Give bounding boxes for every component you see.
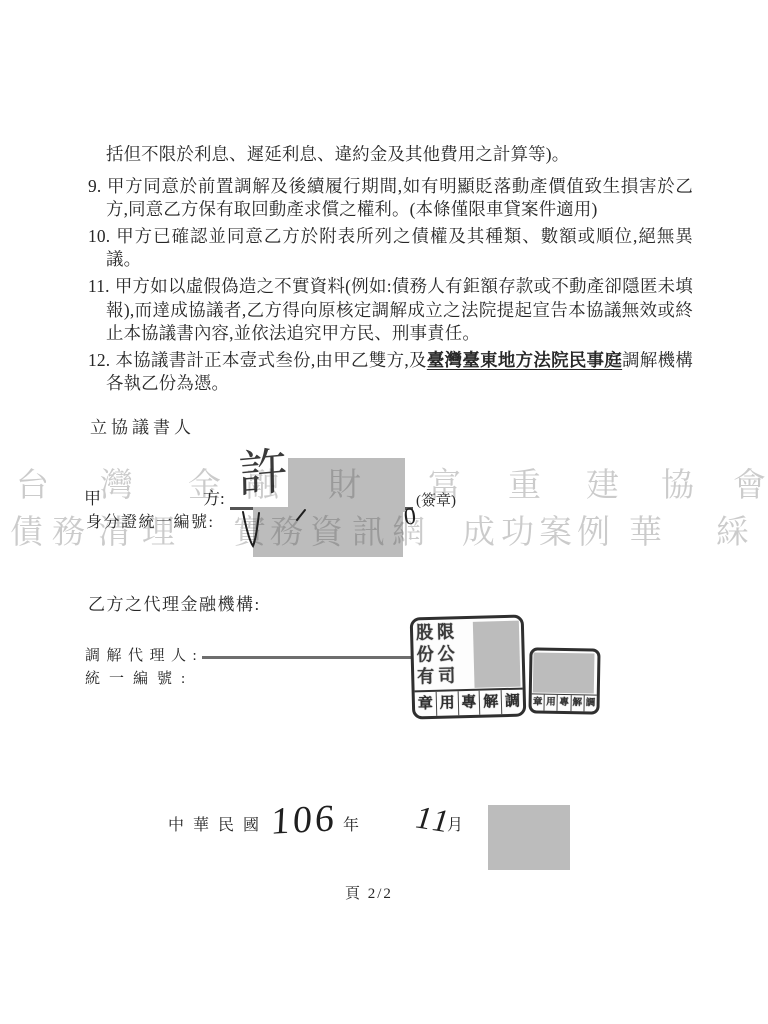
seal-cell: 解 — [571, 695, 584, 711]
seal-cell: 用 — [436, 691, 458, 716]
signing-party-heading: 立協議書人 — [90, 413, 195, 438]
watermark-char: 重 — [508, 459, 541, 506]
mediation-agent-label: 調解代理人: — [85, 644, 203, 665]
seal-glyph: 股 — [416, 621, 434, 645]
handwritten-check-stroke — [239, 509, 263, 555]
watermark-char: 灣 — [100, 459, 133, 506]
seal-cell: 專 — [558, 695, 571, 711]
seal-note: (簽章) — [416, 489, 456, 510]
underlined-court-name: 臺灣臺東地方法院民事庭 — [427, 350, 622, 370]
watermark-char: 台 — [16, 459, 49, 506]
watermark-char: 建 — [586, 459, 619, 506]
redaction-box-id — [253, 507, 403, 557]
clause-9: 9.甲方同意於前置調解及後續履行期間,如有明顯貶落動產價值致生損害於乙方,同意乙… — [88, 175, 693, 222]
clause-number: 11. — [88, 276, 110, 296]
company-seal-large: 股 份 有 限 公 司 章 用 專 解 調 — [410, 615, 527, 720]
watermark-char: 華 — [629, 506, 662, 553]
year-unit-label: 年 — [343, 812, 359, 835]
seal-script-columns: 股 份 有 限 公 司 — [416, 621, 456, 688]
clause-11: 11.甲方如以虛假偽造之不實資料(例如:債務人有鉅額存款或不動產卻隱匿未填報),… — [88, 275, 693, 346]
watermark-char: 案 — [539, 506, 572, 553]
watermark-char: 會 — [733, 459, 766, 506]
watermark-char: 協 — [661, 459, 694, 506]
watermark-char: 功 — [501, 506, 534, 553]
party-a-label-second-char: 方: — [203, 484, 225, 509]
clause-number: 12. — [88, 350, 110, 370]
watermark-char: 例 — [577, 506, 610, 553]
seal-cell: 調 — [502, 690, 523, 715]
main-text-block: 括但不限於利息、遲延利息、違約金及其他費用之計算等)。 9.甲方同意於前置調解及… — [88, 143, 693, 396]
company-seal-small: 章 用 專 解 調 — [528, 647, 600, 714]
watermark-char: 務 — [52, 506, 85, 553]
clause-text: 甲方如以虛假偽造之不實資料(例如:債務人有鉅額存款或不動產卻隱匿未填報),而達成… — [106, 276, 693, 343]
party-a-handwritten-signature: 許 — [238, 446, 289, 500]
agent-blank-line — [202, 656, 414, 659]
uniform-number-label: 統一編號: — [85, 667, 194, 688]
clause-text: 甲方同意於前置調解及後續履行期間,如有明顯貶落動產價值致生損害於乙方,同意乙方保… — [106, 176, 693, 220]
seal-bottom-row: 章 用 專 解 調 — [415, 688, 524, 717]
seal-redaction-box — [533, 652, 595, 693]
party-a-label-first-char: 甲 — [84, 484, 101, 509]
handwritten-tick-stroke — [295, 507, 307, 523]
redaction-box-date — [488, 805, 570, 870]
seal-cell: 解 — [480, 690, 502, 715]
seal-column: 限 公 司 — [437, 621, 456, 687]
watermark-char: 債 — [10, 506, 43, 553]
redaction-box-signature — [288, 458, 405, 512]
seal-glyph: 份 — [416, 643, 434, 667]
party-b-heading: 乙方之代理金融機構: — [88, 590, 261, 615]
scanned-agreement-page: 括但不限於利息、遲延利息、違約金及其他費用之計算等)。 9.甲方同意於前置調解及… — [0, 0, 768, 1024]
watermark-char: 成 — [462, 506, 495, 553]
date-era-label: 中華民國 — [168, 812, 268, 835]
clause-number: 10. — [88, 226, 110, 246]
seal-glyph: 公 — [437, 643, 455, 667]
seal-cell: 用 — [545, 695, 558, 711]
seal-cell: 專 — [458, 691, 480, 716]
seal-glyph: 司 — [438, 665, 456, 689]
clause-10: 10.甲方已確認並同意乙方於附表所列之債權及其種類、數額或順位,絕無異議。 — [88, 225, 693, 272]
seal-cell: 章 — [415, 692, 437, 717]
seal-bottom-row: 章 用 專 解 調 — [531, 693, 596, 711]
continuation-line: 括但不限於利息、遲延利息、違約金及其他費用之計算等)。 — [88, 143, 693, 167]
seal-glyph: 有 — [417, 665, 435, 689]
seal-column: 股 份 有 — [416, 622, 435, 688]
seal-cell: 章 — [531, 694, 544, 710]
seal-cell: 調 — [584, 695, 596, 711]
clause-text: 甲方已確認並同意乙方於附表所列之債權及其種類、數額或順位,絕無異議。 — [106, 226, 693, 270]
watermark-char: 綵 — [716, 506, 749, 553]
seal-redaction-box — [473, 621, 521, 688]
seal-glyph: 限 — [437, 621, 455, 645]
clause-number: 9. — [88, 176, 101, 196]
clause-12: 12.本協議書計正本壹式叁份,由甲乙雙方,及臺灣臺東地方法院民事庭調解機構各執乙… — [88, 349, 693, 396]
handwritten-year: 106 — [270, 796, 338, 844]
id-number-label: 身分證統一編號: — [86, 509, 214, 532]
clause-text: 本協議書計正本壹式叁份,由甲乙雙方,及 — [115, 350, 426, 370]
page-footer: 頁 2/2 — [345, 882, 393, 903]
